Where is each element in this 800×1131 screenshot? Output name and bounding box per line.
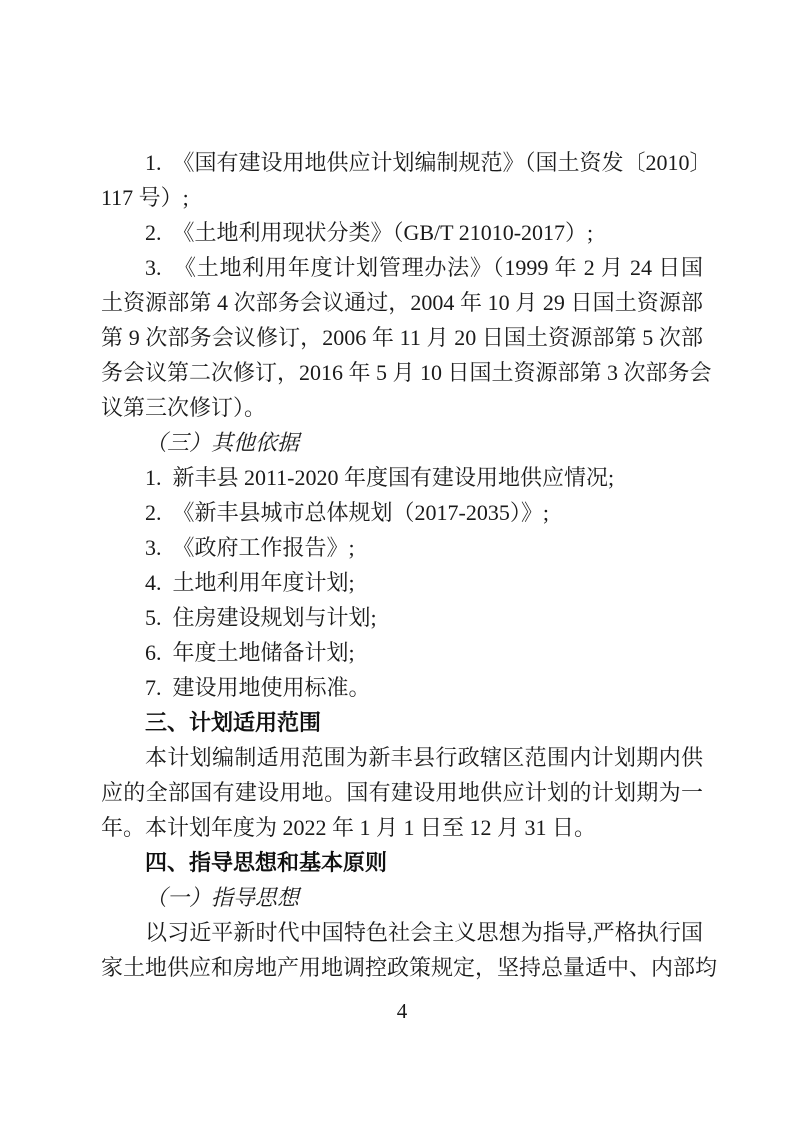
text-line: 1. 新丰县 2011-2020 年度国有建设用地供应情况; <box>101 460 703 495</box>
text-line: 7. 建设用地使用标准。 <box>101 670 703 705</box>
document-page: 1. 《国有建设用地供应计划编制规范》（国土资发〔2010〕117 号）;2. … <box>0 0 800 1131</box>
text-line: 土资源部第 4 次部务会议通过，2004 年 10 月 29 日国土资源部 <box>101 285 703 320</box>
text-line: 5. 住房建设规划与计划; <box>101 600 703 635</box>
text-line: 应的全部国有建设用地。国有建设用地供应计划的计划期为一 <box>101 775 703 810</box>
text-line: 2. 《新丰县城市总体规划（2017-2035）》; <box>101 495 703 530</box>
text-line: 议第三次修订）。 <box>101 390 703 425</box>
text-line: 3. 《土地利用年度计划管理办法》（1999 年 2 月 24 日国 <box>101 250 703 285</box>
page-number: 4 <box>101 994 703 1029</box>
text-line: 第 9 次部务会议修订，2006 年 11 月 20 日国土资源部第 5 次部 <box>101 320 703 355</box>
section-heading: 三、计划适用范围 <box>101 705 703 740</box>
text-line: 年。本计划年度为 2022 年 1 月 1 日至 12 月 31 日。 <box>101 810 703 845</box>
text-line: 家土地供应和房地产用地调控政策规定，坚持总量适中、内部均 <box>101 950 703 985</box>
text-line: 6. 年度土地储备计划; <box>101 635 703 670</box>
document-body: 1. 《国有建设用地供应计划编制规范》（国土资发〔2010〕117 号）;2. … <box>101 145 703 985</box>
subsection-heading: （一）指导思想 <box>101 880 703 915</box>
text-line: 1. 《国有建设用地供应计划编制规范》（国土资发〔2010〕 <box>101 145 703 180</box>
subsection-heading: （三）其他依据 <box>101 425 703 460</box>
text-line: 以习近平新时代中国特色社会主义思想为指导,严格执行国 <box>101 915 703 950</box>
text-line: 3. 《政府工作报告》; <box>101 530 703 565</box>
text-line: 4. 土地利用年度计划; <box>101 565 703 600</box>
text-line: 2. 《土地利用现状分类》（GB/T 21010-2017）; <box>101 215 703 250</box>
section-heading: 四、指导思想和基本原则 <box>101 845 703 880</box>
text-line: 本计划编制适用范围为新丰县行政辖区范围内计划期内供 <box>101 740 703 775</box>
text-line: 务会议第二次修订，2016 年 5 月 10 日国土资源部第 3 次部务会 <box>101 355 703 390</box>
text-line: 117 号）; <box>101 180 703 215</box>
